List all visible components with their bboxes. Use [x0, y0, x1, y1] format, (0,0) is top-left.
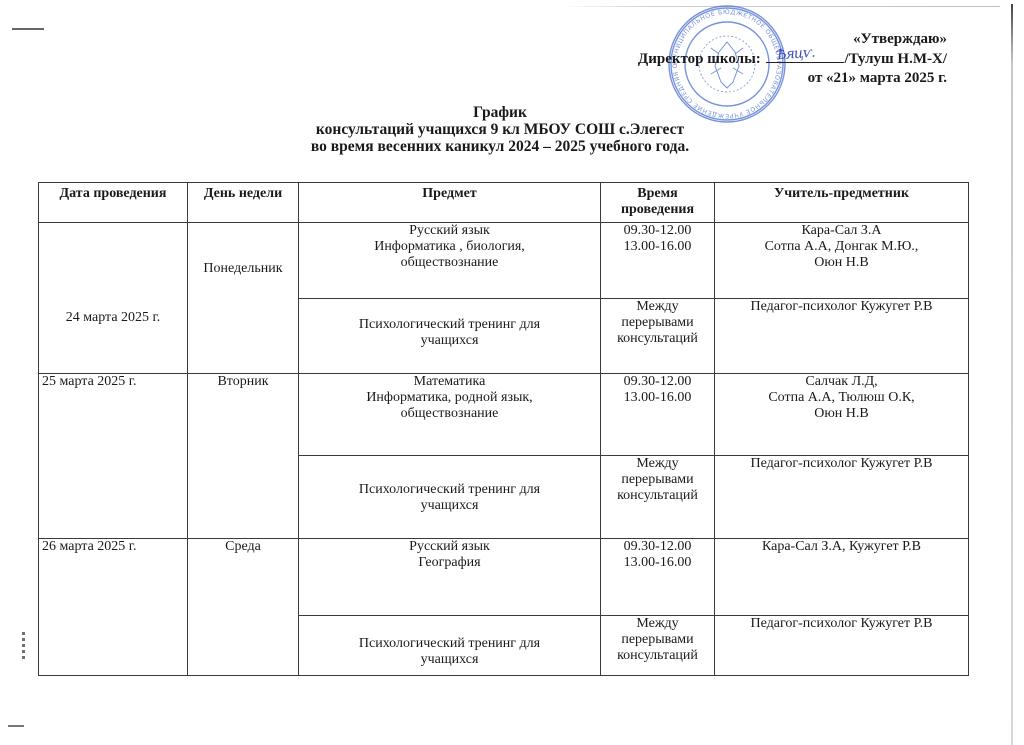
teacher-line: Педагог-психолог Кужугет Р.В: [718, 616, 965, 632]
teacher-line: Оюн Н.В: [718, 255, 965, 271]
cell-subject: Русский язык Информатика , биология, общ…: [299, 223, 601, 299]
subject-line: География: [302, 555, 597, 571]
director-name: /Тулуш Н.М-Х/: [845, 51, 947, 67]
subject-line: Информатика , биология,: [302, 239, 597, 255]
time-line: 13.00-16.00: [604, 239, 711, 255]
title-line-2: консультаций учащихся 9 кл МБОУ СОШ с.Эл…: [250, 121, 750, 138]
document-title: График консультаций учащихся 9 кл МБОУ С…: [250, 104, 750, 155]
cell-teacher: Педагог-психолог Кужугет Р.В: [715, 616, 969, 676]
approval-date: от «21» марта 2025 г.: [638, 69, 947, 88]
subject-line: учащихся: [302, 652, 597, 668]
time-line: Между: [604, 299, 711, 315]
cell-teacher: Кара-Сал З.А, Кужугет Р.В: [715, 539, 969, 616]
time-line: 13.00-16.00: [604, 555, 711, 571]
teacher-line: Педагог-психолог Кужугет Р.В: [718, 299, 965, 315]
cell-subject: Русский язык География: [299, 539, 601, 616]
cell-teacher: Салчак Л.Д, Сотпа А.А, Тюлюш О.К, Оюн Н.…: [715, 374, 969, 456]
subject-line: Психологический тренинг для: [302, 636, 597, 652]
table-row: 26 марта 2025 г. Среда Русский язык Геог…: [39, 539, 969, 616]
teacher-line: Кара-Сал З.А: [718, 223, 965, 239]
approval-block: «Утверждаю» Директор школы: Ѣяцѵ./Тулуш …: [638, 30, 947, 88]
time-line: консультаций: [604, 488, 711, 504]
subject-line: Русский язык: [302, 223, 597, 239]
subject-line: Психологический тренинг для: [302, 482, 597, 498]
time-line: перерывами: [604, 315, 711, 331]
cell-date: 25 марта 2025 г.: [39, 374, 188, 539]
time-line: консультаций: [604, 331, 711, 347]
subject-line: обществознание: [302, 255, 597, 271]
subject-line: учащихся: [302, 333, 597, 349]
cell-date: 26 марта 2025 г.: [39, 539, 188, 676]
teacher-line: Кара-Сал З.А, Кужугет Р.В: [718, 539, 965, 555]
time-line: перерывами: [604, 632, 711, 648]
consultation-schedule-table: Дата проведения День недели Предмет Врем…: [38, 182, 969, 676]
time-line: 09.30-12.00: [604, 539, 711, 555]
scan-mark: [8, 725, 24, 727]
cell-teacher: Педагог-психолог Кужугет Р.В: [715, 456, 969, 539]
cell-time: Между перерывами консультаций: [601, 299, 715, 374]
scan-mark: [22, 632, 25, 660]
header-teacher: Учитель-предметник: [715, 183, 969, 223]
scan-mark: [12, 28, 44, 30]
time-line: консультаций: [604, 648, 711, 664]
subject-line: Математика: [302, 374, 597, 390]
cell-subject: Математика Информатика, родной язык, общ…: [299, 374, 601, 456]
director-line: Директор школы: Ѣяцѵ./Тулуш Н.М-Х/: [638, 49, 947, 69]
title-line-1: График: [250, 104, 750, 121]
cell-date: 24 марта 2025 г.: [39, 223, 188, 374]
table-row: 25 марта 2025 г. Вторник Математика Инфо…: [39, 374, 969, 456]
cell-time: Между перерывами консультаций: [601, 616, 715, 676]
time-line: Между: [604, 456, 711, 472]
header-time-line-2: проведения: [604, 202, 711, 218]
time-line: 09.30-12.00: [604, 223, 711, 239]
cell-time: 09.30-12.00 13.00-16.00: [601, 539, 715, 616]
cell-subject: Психологический тренинг для учащихся: [299, 299, 601, 374]
title-line-3: во время весенних каникул 2024 – 2025 уч…: [250, 138, 750, 155]
time-line: перерывами: [604, 472, 711, 488]
cell-weekday: Среда: [188, 539, 299, 676]
teacher-line: Сотпа А.А, Тюлюш О.К,: [718, 390, 965, 406]
cell-time: 09.30-12.00 13.00-16.00: [601, 374, 715, 456]
header-time-line-1: Время: [604, 186, 711, 202]
teacher-line: Педагог-психолог Кужугет Р.В: [718, 456, 965, 472]
cell-teacher: Кара-Сал З.А Сотпа А.А, Донгак М.Ю., Оюн…: [715, 223, 969, 299]
scan-edge-right: [1011, 4, 1013, 745]
header-day: День недели: [188, 183, 299, 223]
cell-weekday: Понедельник: [188, 223, 299, 374]
subject-line: Информатика, родной язык,: [302, 390, 597, 406]
header-date: Дата проведения: [39, 183, 188, 223]
cell-time: Между перерывами консультаций: [601, 456, 715, 539]
time-line: 13.00-16.00: [604, 390, 711, 406]
cell-subject: Психологический тренинг для учащихся: [299, 616, 601, 676]
subject-line: обществознание: [302, 406, 597, 422]
signature: Ѣяцѵ.: [775, 44, 815, 66]
time-line: Между: [604, 616, 711, 632]
subject-line: Русский язык: [302, 539, 597, 555]
header-subject: Предмет: [299, 183, 601, 223]
teacher-line: Салчак Л.Д,: [718, 374, 965, 390]
teacher-line: Сотпа А.А, Донгак М.Ю.,: [718, 239, 965, 255]
cell-weekday: Вторник: [188, 374, 299, 539]
header-time: Время проведения: [601, 183, 715, 223]
subject-line: учащихся: [302, 498, 597, 514]
table-row: 24 марта 2025 г. Понедельник Русский язы…: [39, 223, 969, 299]
time-line: 09.30-12.00: [604, 374, 711, 390]
director-label: Директор школы:: [638, 51, 761, 67]
teacher-line: Оюн Н.В: [718, 406, 965, 422]
cell-subject: Психологический тренинг для учащихся: [299, 456, 601, 539]
subject-line: Психологический тренинг для: [302, 317, 597, 333]
table-header-row: Дата проведения День недели Предмет Врем…: [39, 183, 969, 223]
cell-teacher: Педагог-психолог Кужугет Р.В: [715, 299, 969, 374]
cell-time: 09.30-12.00 13.00-16.00: [601, 223, 715, 299]
signature-line: Ѣяцѵ.: [766, 49, 844, 63]
